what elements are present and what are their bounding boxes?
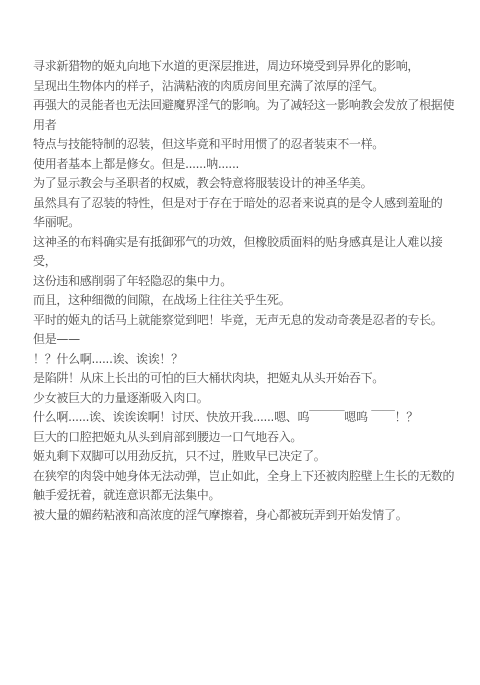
- text-line: ！？什么啊......诶、诶诶！？: [33, 350, 457, 370]
- text-line: 触手爱抚着，就连意识都无法集中。: [33, 486, 457, 506]
- text-line: 使用者基本上都是修女。但是......呐......: [33, 155, 457, 175]
- text-line: 寻求新猎物的姬丸向地下水道的更深层推进，周边环境受到异界化的影响，: [33, 57, 457, 77]
- text-line: 这神圣的布料确实是有抵御邪气的功效，但橡胶质面料的贴身感真是让人难以接受，: [33, 233, 457, 272]
- text-line: 在狭窄的肉袋中她身体无法动弹，岂止如此，全身上下还被肉腔壁上生长的无数的: [33, 467, 457, 487]
- text-line: 被大量的媚药粘液和高浓度的淫气摩擦着，身心都被玩弄到开始发情了。: [33, 506, 457, 526]
- text-line: 特点与技能特制的忍装，但这毕竟和平时用惯了的忍者装束不一样。: [33, 135, 457, 155]
- text-line: 少女被巨大的力量逐渐吸入肉口。: [33, 389, 457, 409]
- text-line: 为了显示教会与圣职者的权威，教会特意将服装设计的神圣华美。: [33, 174, 457, 194]
- document-page: 寻求新猎物的姬丸向地下水道的更深层推进，周边环境受到异界化的影响，呈现出生物体内…: [0, 0, 480, 685]
- text-line: 华丽呢。: [33, 213, 457, 233]
- text-line: 这份违和感削弱了年轻隐忍的集中力。: [33, 272, 457, 292]
- text-line: 虽然具有了忍装的特性，但是对于存在于暗处的忍者来说真的是令人感到羞耻的: [33, 194, 457, 214]
- text-block: 寻求新猎物的姬丸向地下水道的更深层推进，周边环境受到异界化的影响，呈现出生物体内…: [33, 57, 457, 525]
- text-line: 巨大的口腔把姬丸从头到肩部到腰边一口气地吞入。: [33, 428, 457, 448]
- text-line: 是陷阱！从床上长出的可怕的巨大桶状肉块，把姬丸从头开始吞下。: [33, 369, 457, 389]
- text-line: 但是——: [33, 330, 457, 350]
- text-line: 再强大的灵能者也无法回避魔界淫气的影响。为了减轻这一影响教会发放了根据使用者: [33, 96, 457, 135]
- text-line: 什么啊......诶、诶诶诶啊！讨厌、快放开我......嗯、呜￣￣￣嗯呜 ￣￣…: [33, 408, 457, 428]
- text-line: 而且，这种细微的间隙，在战场上往往关乎生死。: [33, 291, 457, 311]
- text-line: 呈现出生物体内的样子，沾满粘液的肉质房间里充满了浓厚的淫气。: [33, 77, 457, 97]
- text-line: 姬丸剩下双脚可以用劲反抗，只不过，胜败早已决定了。: [33, 447, 457, 467]
- text-line: 平时的姬丸的话马上就能察觉到吧！毕竟，无声无息的发动奇袭是忍者的专长。: [33, 311, 457, 331]
